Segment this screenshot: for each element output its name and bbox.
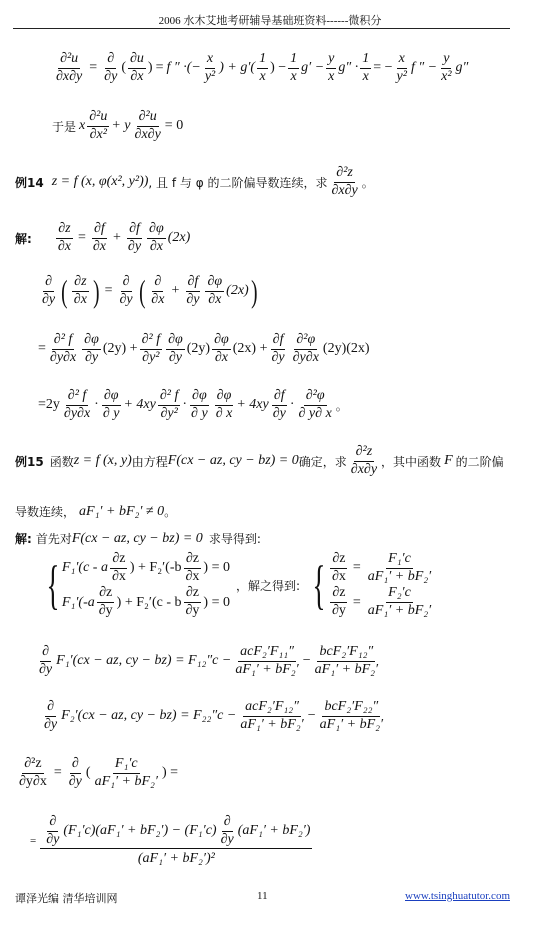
equation-d2u-dxdy: ∂²u∂x∂y = ∂∂y(∂u∂x) = f ″ ·(− xy² ) + g′… <box>52 52 468 84</box>
example-15-condition: 导数连续， aF₁′ + bF₂′ ≠ 0 。 <box>15 503 176 520</box>
equation-conclusion: 于是 x ∂²u∂x² + y ∂²u∂x∂y = 0 <box>52 110 183 142</box>
footer-website-link[interactable]: www.tsinghuatutor.com <box>405 890 510 902</box>
fraction: ∂∂y <box>102 52 119 84</box>
solution-label: 解: <box>15 530 32 547</box>
solution-14-step-2: ∂∂y (∂z∂x) = ∂∂y ( ∂∂x + ∂f∂y ∂φ∂x (2x) … <box>38 275 259 307</box>
page-header: 2006 水木艾地考研辅导基础班资料------微积分 <box>0 12 540 28</box>
equation-d2z-dydx: ∂²z∂y∂x = ∂∂y(F₁′caF₁′ + bF₂′ ) = <box>15 757 178 789</box>
solution-15-intro: 解: 首先对 F(cx − az, cy − bz) = 0 求导得到: <box>15 530 261 547</box>
example-14-statement: 例14 z = f (x, φ(x², y²)) , 且 f 与 φ 的二阶偏导… <box>15 166 374 198</box>
header-divider <box>13 28 510 29</box>
system-row-1: F₁′(c - a ∂z∂x ) + F₂′(-b ∂z∂x ) = 0 <box>62 552 230 584</box>
header-title: 2006 水木艾地考研辅导基础班资料------微积分 <box>159 15 382 27</box>
example-label: 例14 <box>15 174 44 191</box>
example-15-statement: 例15 函数 z = f (x, y) 由方程 F(cx − az, cy − … <box>15 445 504 477</box>
equation-dF2-dy: ∂∂y F₂′(cx − az, cy − bz) = F₂₂″c − acF₂… <box>40 700 387 732</box>
solution-dz-dx: ∂z∂x = F₁′caF₁′ + bF₂′ <box>328 552 435 584</box>
footer-author: 谭泽光编 清华培训网 <box>15 890 118 906</box>
left-brace: { <box>46 558 59 612</box>
solution-dz-dy: ∂z∂y = F₂′caF₁′ + bF₂′ <box>328 586 435 618</box>
left-brace: { <box>313 558 326 612</box>
system-row-2: F₁′(-a ∂z∂y ) + F₂′(c - b ∂z∂y ) = 0 <box>62 586 230 618</box>
equation-system: { F₁′(c - a ∂z∂x ) + F₂′(-b ∂z∂x ) = 0 F… <box>40 552 435 619</box>
solution-14-step-3: = ∂² f∂y∂x ∂φ∂y (2y) + ∂² f∂y² ∂φ∂y (2y)… <box>38 333 370 365</box>
page-number: 11 <box>257 890 268 902</box>
solution-14-step-1: 解: ∂z∂x = ∂f∂x + ∂f∂y ∂φ∂x (2x) <box>15 222 190 254</box>
solution-14-step-4: =2y ∂² f∂y∂x · ∂φ∂ y + 4xy ∂² f∂y² · ∂φ∂… <box>38 389 348 421</box>
quotient-fraction: ∂∂y (F₁′c)(aF₁′ + bF₂′) − (F₁′c) ∂∂y (aF… <box>40 815 312 867</box>
fraction: ∂u∂x <box>128 52 146 84</box>
equation-quotient-rule: = ∂∂y (F₁′c)(aF₁′ + bF₂′) − (F₁′c) ∂∂y (… <box>30 815 314 867</box>
equation-dF1-dy: ∂∂y F₁′(cx − az, cy − bz) = F₁₂″c − acF₂… <box>35 645 382 677</box>
example-label: 例15 <box>15 453 44 470</box>
solution-label: 解: <box>15 230 32 247</box>
fraction: ∂²u∂x∂y <box>54 52 84 84</box>
